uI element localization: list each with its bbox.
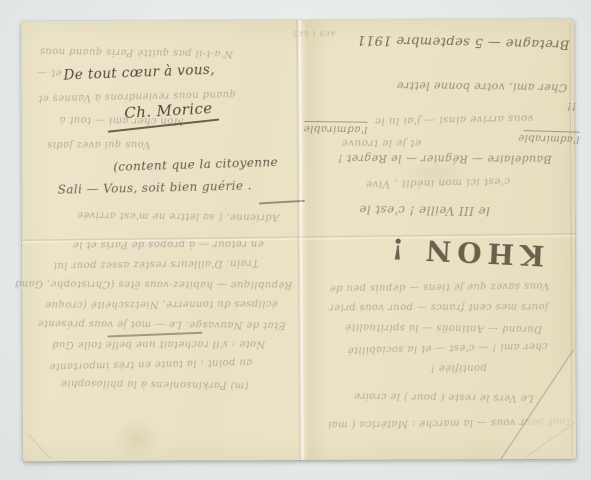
handwriting-line: (m) Parkinsoniens à la philosophie: [55, 377, 255, 390]
handwriting-line: pontifiée !: [413, 362, 505, 372]
underline-mark: [107, 332, 202, 337]
handwriting-line: éclipses du tonnerre, Nietzschéité (croq…: [27, 298, 295, 309]
handwriting-line: Adrienne. ( sa lettre ne m'est arrivée: [57, 209, 299, 222]
handwriting-line: Durand — Antinoüs — la spiritualité: [322, 321, 564, 333]
underlined-word: l'admirable: [523, 130, 579, 144]
handwriting-line: jours mes cent francs — pour vous prier: [309, 301, 567, 312]
handwriting-line: et je le trouve: [334, 137, 429, 148]
double-exclaim: !!: [561, 101, 581, 112]
handwriting-line: République — habitez-vous êtes (Christop…: [30, 278, 292, 289]
handwriting-line: au point : la tante en très importante: [34, 356, 266, 371]
handwriting-line: vous arrive ainsi — j'ai lu le: [331, 112, 576, 128]
handwriting-line: en retour — à propos de Paris et le: [42, 238, 294, 249]
handwriting-line: Vous qui avez jadis: [24, 139, 174, 150]
handwriting-line: Train. D'ailleurs restez assez pour lui: [32, 257, 280, 270]
underlined-word: l'admirable: [303, 121, 367, 134]
handwriting-line: c'est ici mon inédit , Vive: [322, 175, 554, 191]
letter-sheet: N'a-t-il pas quitté Paris quand nous et …: [21, 19, 576, 461]
handwriting-line: Le Vers le reste ( pour ) le croire: [333, 390, 555, 403]
postscript-line: (content que la citoyenne: [100, 156, 292, 174]
scan-root: { "doc": { "kind": "handwritten-letter-s…: [0, 0, 591, 480]
handwriting-line: Baudelaire — Régnier — le Regret !: [310, 153, 580, 165]
handwriting-line: Cher ami, votre bonne lettre: [379, 80, 584, 94]
handwriting-line: État de Nauvasge. Le — mot je vous prése…: [27, 318, 295, 330]
handwriting-line: tout pour vous — la marche : Matérica ( …: [311, 416, 587, 430]
archival-mark: 469 I 643: [297, 29, 335, 36]
handwriting-line: N'a-t-il pas quitté Paris quand nous: [36, 45, 236, 58]
closing-line: De tout cœur à vous,: [59, 64, 219, 84]
handwriting-line: le III Veille ! c'est le: [322, 203, 527, 218]
big-word-khon: KHON !: [383, 233, 546, 269]
date-line: Bretagne — 5 septembre 1911: [349, 33, 577, 51]
handwriting-line: Note : s'il rachetait une belle toile Gu…: [30, 338, 286, 349]
postscript-line: Sali — Vous, soit bien guérie .: [27, 179, 283, 197]
handwriting-line: Vous savez que je tiens — depuis peu de: [307, 280, 571, 293]
paper-stain: [113, 419, 161, 459]
center-fold-shade: [298, 20, 330, 460]
handwriting-line: cher ami ! — c'est — et la sociabilité: [315, 339, 579, 355]
